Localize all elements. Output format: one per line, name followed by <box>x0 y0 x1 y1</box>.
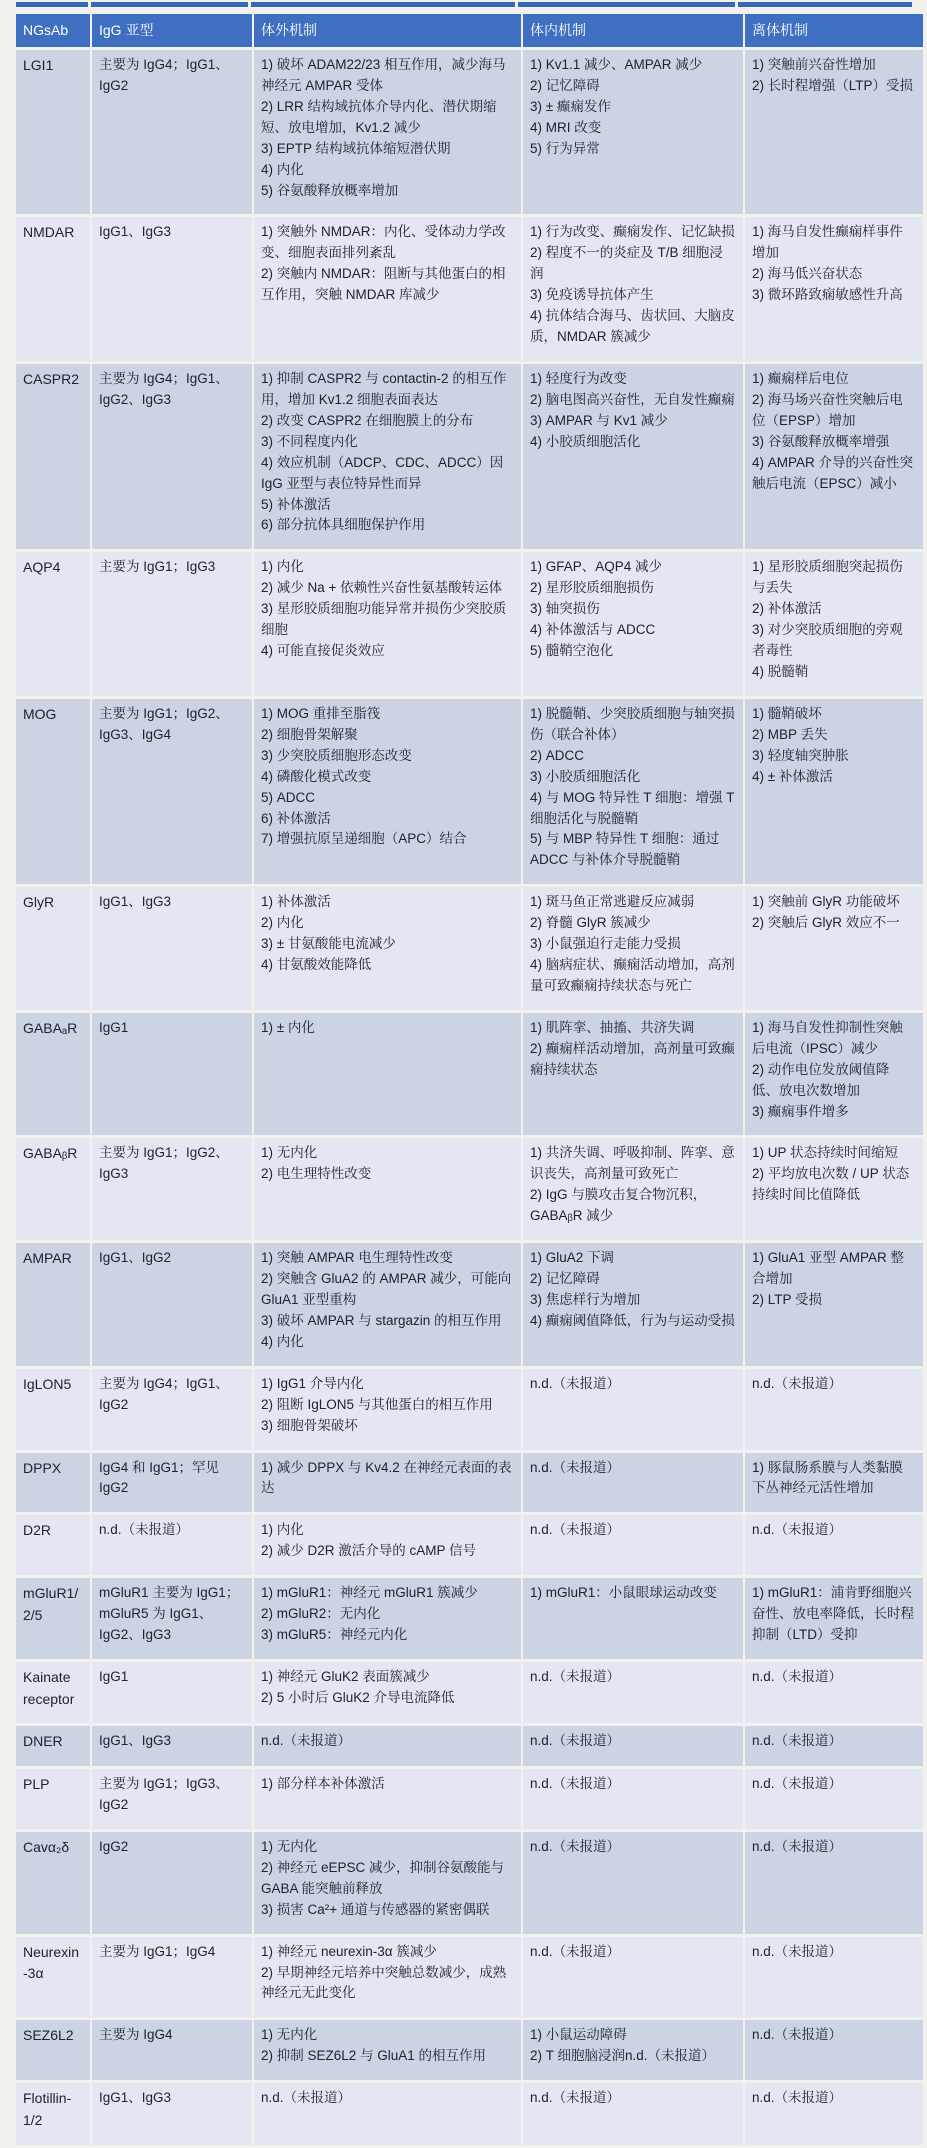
header-in-vivo: 体内机制 <box>523 14 743 47</box>
cropped-row-segment <box>738 2 912 7</box>
cell-in-vitro: 1) 破坏 ADAM22/23 相互作用，减少海马神经元 AMPAR 受体 2)… <box>254 50 521 214</box>
cell-name: GlyR <box>16 887 90 1010</box>
cell-in-vitro: 1) 无内化 2) 抑制 SEZ6L2 与 GluA1 的相互作用 <box>254 2020 521 2080</box>
cell-igg: 主要为 IgG1；IgG2、IgG3 <box>92 1138 252 1240</box>
table-row: GABAᵦR主要为 IgG1；IgG2、IgG31) 无内化 2) 电生理特性改… <box>16 1138 923 1240</box>
cell-name: Cavα₂δ <box>16 1832 90 1934</box>
cell-in-vivo: n.d.（未报道） <box>523 1726 743 1766</box>
cell-in-vivo: 1) Kv1.1 减少、AMPAR 减少 2) 记忆障碍 3) ± 癫痫发作 4… <box>523 50 743 214</box>
cell-in-vivo: n.d.（未报道） <box>523 1515 743 1575</box>
cell-in-vitro: 1) ± 内化 <box>254 1013 521 1136</box>
antibody-mechanism-table: NGsAb IgG 亚型 体外机制 体内机制 离体机制 LGI1主要为 IgG4… <box>14 11 925 2148</box>
cell-in-vivo: 1) 脱髓鞘、少突胶质细胞与轴突损伤（联合补体） 2) ADCC 3) 小胶质细… <box>523 699 743 884</box>
cell-in-vitro: 1) 减少 DPPX 与 Kv4.2 在神经元表面的表达 <box>254 1453 521 1513</box>
cell-in-vitro: n.d.（未报道） <box>254 2083 521 2144</box>
header-ngsab: NGsAb <box>16 14 90 47</box>
cell-ex-vivo: n.d.（未报道） <box>745 1937 923 2018</box>
cell-name: NMDAR <box>16 217 90 361</box>
cell-ex-vivo: 1) 豚鼠肠系膜与人类黏膜下丛神经元活性增加 <box>745 1453 923 1513</box>
cell-in-vivo: 1) 斑马鱼正常逃避反应减弱 2) 脊髓 GlyR 簇减少 3) 小鼠强迫行走能… <box>523 887 743 1010</box>
cell-igg: IgG4 和 IgG1；罕见 IgG2 <box>92 1453 252 1513</box>
cell-name: D2R <box>16 1515 90 1575</box>
table-row: DNERIgG1、IgG3n.d.（未报道）n.d.（未报道）n.d.（未报道） <box>16 1726 923 1766</box>
cropped-row-segment <box>16 2 88 7</box>
cell-ex-vivo: 1) 海马自发性癫痫样事件增加 2) 海马低兴奋状态 3) 微环路致痫敏感性升高 <box>745 217 923 361</box>
cell-name: Flotillin-1/2 <box>16 2083 90 2144</box>
cell-in-vitro: 1) 神经元 GluK2 表面簇减少 2) 5 小时后 GluK2 介导电流降低 <box>254 1662 521 1723</box>
header-in-vitro: 体外机制 <box>254 14 521 47</box>
cell-in-vivo: 1) mGluR1：小鼠眼球运动改变 <box>523 1578 743 1659</box>
cell-in-vitro: 1) mGluR1：神经元 mGluR1 簇减少 2) mGluR2：无内化 3… <box>254 1578 521 1659</box>
table-row: Neurexin-3α主要为 IgG1；IgG41) 神经元 neurexin-… <box>16 1937 923 2018</box>
cell-in-vitro: 1) 神经元 neurexin-3α 簇减少 2) 早期神经元培养中突触总数减少… <box>254 1937 521 2018</box>
cell-in-vitro: 1) 无内化 2) 电生理特性改变 <box>254 1138 521 1240</box>
cell-in-vitro: 1) 突触外 NMDAR：内化、受体动力学改变、细胞表面排列紊乱 2) 突触内 … <box>254 217 521 361</box>
cell-igg: 主要为 IgG1；IgG2、IgG3、IgG4 <box>92 699 252 884</box>
cell-in-vitro: 1) 无内化 2) 神经元 eEPSC 减少，抑制谷氨酸能与 GABA 能突触前… <box>254 1832 521 1934</box>
cell-name: CASPR2 <box>16 364 90 549</box>
cell-ex-vivo: n.d.（未报道） <box>745 1726 923 1766</box>
cell-ex-vivo: 1) mGluR1：浦肯野细胞兴奋性、放电率降低，长时程抑制（LTD）受抑 <box>745 1578 923 1659</box>
cell-in-vivo: 1) 小鼠运动障碍 2) T 细胞脑浸润n.d.（未报道） <box>523 2020 743 2080</box>
table-row: mGluR1/2/5mGluR1 主要为 IgG1；mGluR5 为 IgG1、… <box>16 1578 923 1659</box>
cell-in-vivo: n.d.（未报道） <box>523 1662 743 1723</box>
cell-igg: 主要为 IgG4；IgG1、IgG2 <box>92 1369 252 1450</box>
cell-in-vivo: n.d.（未报道） <box>523 1453 743 1513</box>
cell-name: MOG <box>16 699 90 884</box>
cell-in-vitro: 1) 部分样本补体激活 <box>254 1769 521 1829</box>
cell-ex-vivo: 1) 突触前 GlyR 功能破坏 2) 突触后 GlyR 效应不一 <box>745 887 923 1010</box>
cell-in-vitro: 1) 补体激活 2) 内化 3) ± 甘氨酸能电流减少 4) 甘氨酸效能降低 <box>254 887 521 1010</box>
cell-ex-vivo: n.d.（未报道） <box>745 1769 923 1829</box>
table-row: SEZ6L2主要为 IgG41) 无内化 2) 抑制 SEZ6L2 与 GluA… <box>16 2020 923 2080</box>
cell-ex-vivo: n.d.（未报道） <box>745 1832 923 1934</box>
cell-ex-vivo: 1) 星形胶质细胞突起损伤与丢失 2) 补体激活 3) 对少突胶质细胞的旁观者毒… <box>745 552 923 696</box>
cell-igg: IgG1、IgG3 <box>92 1726 252 1766</box>
cell-ex-vivo: 1) UP 状态持续时间缩短 2) 平均放电次数 / UP 状态持续时间比值降低 <box>745 1138 923 1240</box>
cropped-row-segment <box>518 2 735 7</box>
cell-name: PLP <box>16 1769 90 1829</box>
table-body: LGI1主要为 IgG4；IgG1、IgG21) 破坏 ADAM22/23 相互… <box>16 50 923 2145</box>
cell-igg: IgG1 <box>92 1013 252 1136</box>
cell-name: GABAₐR <box>16 1013 90 1136</box>
cell-name: IgLON5 <box>16 1369 90 1450</box>
cell-igg: mGluR1 主要为 IgG1；mGluR5 为 IgG1、IgG2、IgG3 <box>92 1578 252 1659</box>
cell-name: AMPAR <box>16 1243 90 1366</box>
cell-in-vitro: 1) 内化 2) 减少 D2R 激活介导的 cAMP 信号 <box>254 1515 521 1575</box>
cell-igg: IgG1、IgG3 <box>92 887 252 1010</box>
header-row: NGsAb IgG 亚型 体外机制 体内机制 离体机制 <box>16 14 923 47</box>
cropped-row-segment <box>91 2 248 7</box>
header-ex-vivo: 离体机制 <box>745 14 923 47</box>
cell-ex-vivo: 1) 海马自发性抑制性突触后电流（IPSC）减少 2) 动作电位发放阈值降低、放… <box>745 1013 923 1136</box>
table-row: CASPR2主要为 IgG4；IgG1、IgG2、IgG31) 抑制 CASPR… <box>16 364 923 549</box>
cell-igg: n.d.（未报道） <box>92 1515 252 1575</box>
cell-igg: IgG1、IgG3 <box>92 2083 252 2144</box>
table-header: NGsAb IgG 亚型 体外机制 体内机制 离体机制 <box>16 14 923 47</box>
cell-ex-vivo: n.d.（未报道） <box>745 1369 923 1450</box>
cropped-row-edge <box>16 2 912 7</box>
table-row: D2Rn.d.（未报道）1) 内化 2) 减少 D2R 激活介导的 cAMP 信… <box>16 1515 923 1575</box>
cropped-row-segment <box>251 2 515 7</box>
cell-in-vitro: 1) IgG1 介导内化 2) 阻断 IgLON5 与其他蛋白的相互作用 3) … <box>254 1369 521 1450</box>
cell-igg: 主要为 IgG4 <box>92 2020 252 2080</box>
table-row: IgLON5主要为 IgG4；IgG1、IgG21) IgG1 介导内化 2) … <box>16 1369 923 1450</box>
cell-ex-vivo: 1) 突触前兴奋性增加 2) 长时程增强（LTP）受损 <box>745 50 923 214</box>
cell-in-vivo: n.d.（未报道） <box>523 2083 743 2144</box>
cell-name: Neurexin-3α <box>16 1937 90 2018</box>
cell-igg: 主要为 IgG4；IgG1、IgG2 <box>92 50 252 214</box>
cell-in-vitro: 1) 抑制 CASPR2 与 contactin-2 的相互作用，增加 Kv1.… <box>254 364 521 549</box>
cell-ex-vivo: n.d.（未报道） <box>745 1515 923 1575</box>
cell-in-vitro: 1) MOG 重排至脂筏 2) 细胞骨架解聚 3) 少突胶质细胞形态改变 4) … <box>254 699 521 884</box>
table-row: DPPXIgG4 和 IgG1；罕见 IgG21) 减少 DPPX 与 Kv4.… <box>16 1453 923 1513</box>
cell-name: Kainate receptor <box>16 1662 90 1723</box>
table-row: GABAₐRIgG11) ± 内化1) 肌阵挛、抽搐、共济失调 2) 癫痫样活动… <box>16 1013 923 1136</box>
cell-igg: 主要为 IgG1；IgG3 <box>92 552 252 696</box>
cell-in-vivo: 1) 轻度行为改变 2) 脑电图高兴奋性，无自发性癫痫 3) AMPAR 与 K… <box>523 364 743 549</box>
header-igg-subtype: IgG 亚型 <box>92 14 252 47</box>
table-row: NMDARIgG1、IgG31) 突触外 NMDAR：内化、受体动力学改变、细胞… <box>16 217 923 361</box>
cell-igg: IgG2 <box>92 1832 252 1934</box>
table-row: GlyRIgG1、IgG31) 补体激活 2) 内化 3) ± 甘氨酸能电流减少… <box>16 887 923 1010</box>
cell-name: LGI1 <box>16 50 90 214</box>
cell-name: GABAᵦR <box>16 1138 90 1240</box>
cell-name: mGluR1/2/5 <box>16 1578 90 1659</box>
cell-name: DNER <box>16 1726 90 1766</box>
cell-in-vivo: 1) GFAP、AQP4 减少 2) 星形胶质细胞损伤 3) 轴突损伤 4) 补… <box>523 552 743 696</box>
cell-in-vivo: n.d.（未报道） <box>523 1769 743 1829</box>
table-row: Flotillin-1/2IgG1、IgG3n.d.（未报道）n.d.（未报道）… <box>16 2083 923 2144</box>
cell-igg: IgG1、IgG3 <box>92 217 252 361</box>
table-row: MOG主要为 IgG1；IgG2、IgG3、IgG41) MOG 重排至脂筏 2… <box>16 699 923 884</box>
table-row: AQP4主要为 IgG1；IgG31) 内化 2) 减少 Na + 依赖性兴奋性… <box>16 552 923 696</box>
cell-in-vivo: n.d.（未报道） <box>523 1832 743 1934</box>
cell-ex-vivo: n.d.（未报道） <box>745 1662 923 1723</box>
cell-name: AQP4 <box>16 552 90 696</box>
cell-in-vivo: 1) 共济失调、呼吸抑制、阵挛、意识丧失，高剂量可致死亡 2) IgG 与膜攻击… <box>523 1138 743 1240</box>
cell-ex-vivo: 1) 癫痫样后电位 2) 海马场兴奋性突触后电位（EPSP）增加 3) 谷氨酸释… <box>745 364 923 549</box>
cell-in-vitro: 1) 突触 AMPAR 电生理特性改变 2) 突触含 GluA2 的 AMPAR… <box>254 1243 521 1366</box>
cell-igg: 主要为 IgG1；IgG4 <box>92 1937 252 2018</box>
cell-in-vitro: n.d.（未报道） <box>254 1726 521 1766</box>
table-row: Cavα₂δIgG21) 无内化 2) 神经元 eEPSC 减少，抑制谷氨酸能与… <box>16 1832 923 1934</box>
cell-in-vivo: n.d.（未报道） <box>523 1369 743 1450</box>
table-row: LGI1主要为 IgG4；IgG1、IgG21) 破坏 ADAM22/23 相互… <box>16 50 923 214</box>
cell-ex-vivo: 1) 髓鞘破坏 2) MBP 丢失 3) 轻度轴突肿胀 4) ± 补体激活 <box>745 699 923 884</box>
table-row: Kainate receptorIgG11) 神经元 GluK2 表面簇减少 2… <box>16 1662 923 1723</box>
cell-igg: 主要为 IgG4；IgG1、IgG2、IgG3 <box>92 364 252 549</box>
cell-in-vivo: 1) 行为改变、癫痫发作、记忆缺损 2) 程度不一的炎症及 T/B 细胞浸润 3… <box>523 217 743 361</box>
cell-in-vitro: 1) 内化 2) 减少 Na + 依赖性兴奋性氨基酸转运体 3) 星形胶质细胞功… <box>254 552 521 696</box>
cell-igg: IgG1 <box>92 1662 252 1723</box>
cell-ex-vivo: 1) GluA1 亚型 AMPAR 整合增加 2) LTP 受损 <box>745 1243 923 1366</box>
cell-ex-vivo: n.d.（未报道） <box>745 2020 923 2080</box>
table-row: AMPARIgG1、IgG21) 突触 AMPAR 电生理特性改变 2) 突触含… <box>16 1243 923 1366</box>
cell-igg: 主要为 IgG1；IgG3、IgG2 <box>92 1769 252 1829</box>
cell-in-vivo: 1) GluA2 下调 2) 记忆障碍 3) 焦虑样行为增加 4) 癫痫阈值降低… <box>523 1243 743 1366</box>
cell-name: SEZ6L2 <box>16 2020 90 2080</box>
cell-in-vivo: 1) 肌阵挛、抽搐、共济失调 2) 癫痫样活动增加，高剂量可致癫痫持续状态 <box>523 1013 743 1136</box>
table-row: PLP主要为 IgG1；IgG3、IgG21) 部分样本补体激活n.d.（未报道… <box>16 1769 923 1829</box>
cell-name: DPPX <box>16 1453 90 1513</box>
page: NGsAb IgG 亚型 体外机制 体内机制 离体机制 LGI1主要为 IgG4… <box>0 0 927 2148</box>
cell-ex-vivo: n.d.（未报道） <box>745 2083 923 2144</box>
cell-in-vivo: n.d.（未报道） <box>523 1937 743 2018</box>
cell-igg: IgG1、IgG2 <box>92 1243 252 1366</box>
